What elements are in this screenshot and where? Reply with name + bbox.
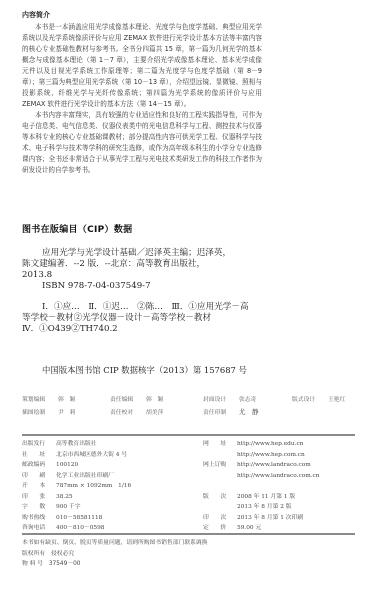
cip-title: 图书在版编目（CIP）数据 (22, 222, 132, 235)
pub-label: 印 张 (22, 492, 56, 503)
pub-label: 网上订购 (203, 460, 237, 471)
pub-row: 开 本787mm × 1092mm 1/16 (22, 481, 131, 492)
staff-credit: 封面设计张志奇 (203, 394, 256, 403)
staff-label: 版式设计 (292, 394, 328, 403)
staff-name: 张志奇 (239, 397, 256, 403)
pub-value: 400－810－0598 (56, 525, 104, 531)
pub-row: 邮政编码100120 (22, 460, 131, 471)
website-link: http://www.landraco.com.cn (237, 473, 320, 479)
publication-info-right: 网 址http://www.hep.edu.cn http://www.hep.… (203, 439, 320, 534)
staff-name: 王艳红 (328, 397, 345, 403)
pub-value: 100120 (56, 462, 78, 468)
pub-row: 印 张38.25 (22, 492, 131, 503)
pub-value: 北京市西城区德外大街 4 号 (56, 452, 127, 458)
pub-value: 2013 年 8 月第 2 版 (237, 504, 292, 510)
pub-row: 2013 年 8 月第 2 版 (203, 502, 320, 513)
intro-title: 内容简介 (22, 10, 50, 20)
staff-credit: 责任校对胡美萍 (110, 407, 163, 416)
staff-label: 责任校对 (110, 407, 146, 416)
staff-credit: 策划编辑韩 颖 (22, 394, 75, 403)
divider-bottom (22, 533, 355, 535)
pub-row: 印 次2013 年 8 月第 1 次印刷 (203, 513, 320, 524)
website-link: http://www.hep.edu.cn (237, 441, 303, 447)
staff-label: 插图绘制 (22, 407, 58, 416)
footer-notes: 本书如有缺页、倒页、脱页等质量问题，请到所购图书销售部门联系调换 版权所有 侵权… (22, 538, 208, 570)
intro-paragraph-1: 本书是一本涵盖应用光学成像基本理论、光度学与色度学基础、典型应用光学系统以及光学… (22, 22, 262, 110)
pub-value: 高等教育出版社 (56, 441, 97, 447)
pub-label: 邮政编码 (22, 460, 56, 471)
cip-line-isbn: ISBN 978-7-04-037549-7 (22, 281, 272, 292)
pub-row: 社 址北京市西城区德外大街 4 号 (22, 450, 131, 461)
staff-label: 责任印制 (203, 407, 239, 416)
staff-name: 胡美萍 (146, 410, 163, 416)
staff-name: 尤 静 (239, 408, 259, 416)
pub-label: 定 价 (203, 523, 237, 534)
staff-credit: 版式设计王艳红 (292, 394, 345, 403)
staff-name: 韩 颖 (146, 397, 163, 403)
cip-record-number: 中国版本图书馆 CIP 数据核字（2013）第 157687 号 (42, 364, 247, 376)
pub-row: 印 刷化学工业出版社印刷厂 (22, 471, 131, 482)
staff-credit: 责任印制尤 静 (203, 407, 259, 416)
intro-body: 本书是一本涵盖应用光学成像基本理论、光度学与色度学基础、典型应用光学系统以及光学… (22, 22, 262, 176)
pub-value: 010－58581118 (56, 515, 102, 521)
pub-value: 900 千字 (56, 504, 81, 510)
divider-top (22, 434, 355, 436)
pub-label: 购书热线 (22, 513, 56, 524)
copyright-notice: 版权所有 侵权必究 (22, 549, 208, 560)
staff-label: 策划编辑 (22, 394, 58, 403)
pub-label: 印 次 (203, 513, 237, 524)
intro-paragraph-2: 本书内容丰富翔实，具有较强的专业适应性和良好的工程实践指导性，可作为电子信息类、… (22, 110, 262, 176)
staff-credit: 责任编辑韩 颖 (110, 394, 163, 403)
publication-info-left: 出版发行高等教育出版社 社 址北京市西城区德外大街 4 号 邮政编码100120… (22, 439, 131, 534)
cip-line-authors: 陈文建编著．--2 版．--北京：高等教育出版社， (22, 259, 272, 270)
pub-row: 定 价59.00 元 (203, 523, 320, 534)
pub-value: 59.00 元 (237, 525, 261, 531)
pub-label: 出版发行 (22, 439, 56, 450)
cip-line-subject-1: Ⅰ．①应… Ⅱ．①迟… ②陈… Ⅲ．①应用光学－高 (22, 302, 272, 313)
pub-label: 网 址 (203, 439, 237, 450)
pub-value: 化学工业出版社印刷厂 (56, 473, 114, 479)
pub-row: 咨询电话400－810－0598 (22, 523, 131, 534)
pub-row: http://www.hep.com.cn (203, 450, 320, 461)
material-number: 物 料 号 37549－00 (22, 559, 208, 570)
pub-row: 网上订购http://www.landraco.com (203, 460, 320, 471)
pub-row: 购书热线010－58581118 (22, 513, 131, 524)
cip-block: 应用光学与光学设计基础／迟泽英主编；迟泽英， 陈文建编著．--2 版．--北京：… (22, 248, 272, 335)
staff-label: 封面设计 (203, 394, 239, 403)
pub-label: 字 数 (22, 502, 56, 513)
pub-row (203, 481, 320, 492)
pub-label: 社 址 (22, 450, 56, 461)
pub-row: 版 次2008 年 11 月第 1 版 (203, 492, 320, 503)
pub-row: 网 址http://www.hep.edu.cn (203, 439, 320, 450)
cip-line-subject-2: 等学校－教材②光学仪器－设计－高等学校－教材 (22, 313, 272, 324)
pub-label: 印 刷 (22, 471, 56, 482)
pub-value: 2008 年 11 月第 1 版 (237, 494, 295, 500)
website-link: http://www.hep.com.cn (237, 452, 305, 458)
pub-label: 开 本 (22, 481, 56, 492)
cip-line-date: 2013.8 (22, 270, 272, 281)
pub-value: 787mm × 1092mm 1/16 (56, 483, 131, 489)
cip-line-title: 应用光学与光学设计基础／迟泽英主编；迟泽英， (22, 248, 272, 259)
pub-row: 字 数900 千字 (22, 502, 131, 513)
pub-value: 2013 年 8 月第 1 次印刷 (237, 515, 303, 521)
website-link: http://www.landraco.com (237, 462, 311, 468)
staff-name: 韩 颖 (58, 397, 75, 403)
staff-label: 责任编辑 (110, 394, 146, 403)
pub-value: 38.25 (56, 494, 73, 500)
quality-notice: 本书如有缺页、倒页、脱页等质量问题，请到所购图书销售部门联系调换 (22, 538, 208, 549)
staff-credit: 插图绘制尹 莉 (22, 407, 75, 416)
staff-name: 尹 莉 (58, 410, 75, 416)
cip-line-classification: Ⅳ．①O439②TH740.2 (22, 324, 272, 335)
pub-row: 出版发行高等教育出版社 (22, 439, 131, 450)
pub-label: 咨询电话 (22, 523, 56, 534)
pub-label: 版 次 (203, 492, 237, 503)
pub-row: http://www.landraco.com.cn (203, 471, 320, 482)
